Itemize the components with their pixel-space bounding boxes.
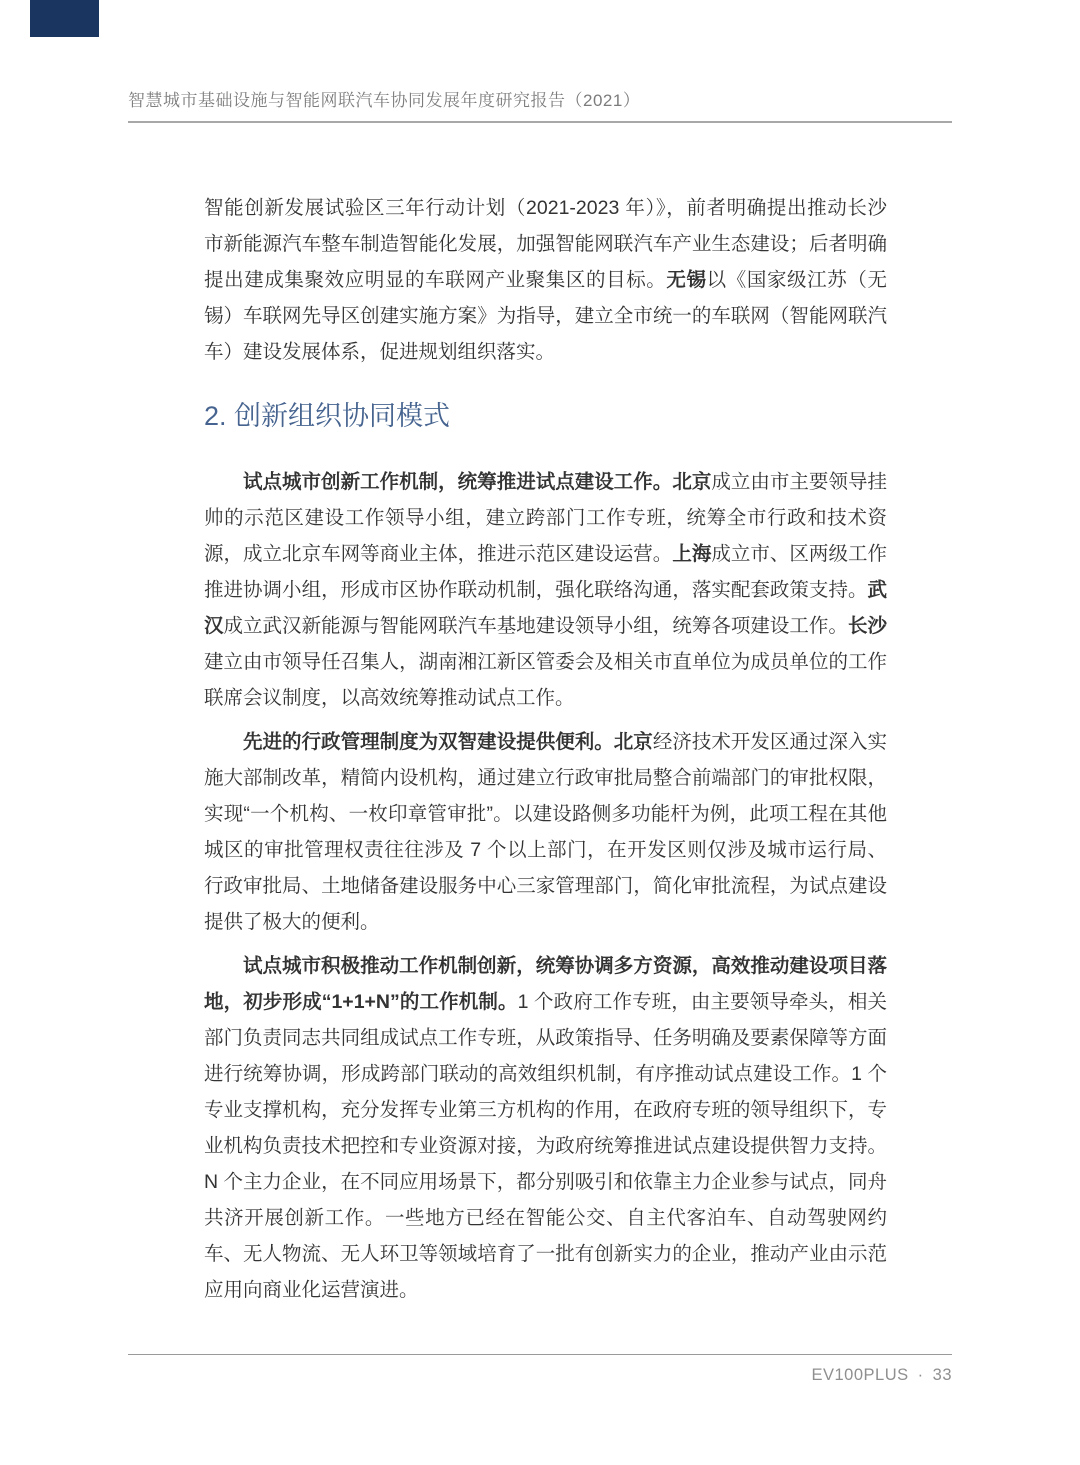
paragraph-admin-system: 先进的行政管理制度为双智建设提供便利。北京经济技术开发区通过深入实施大部制改革，…: [204, 724, 887, 940]
text-run: 先进的行政管理制度为双智建设提供便利。北京: [243, 731, 653, 753]
text-run: 成立武汉新能源与智能网联汽车基地建设领导小组，统筹各项建设工作。: [224, 615, 848, 637]
header-divider: [128, 121, 952, 123]
text-run: 无锡: [666, 269, 706, 291]
footer-brand: EV100PLUS: [811, 1366, 908, 1384]
paragraph-1-1-n-mechanism: 试点城市积极推动工作机制创新，统筹协调多方资源，高效推动建设项目落地，初步形成“…: [204, 948, 887, 1308]
footer-divider: [128, 1354, 952, 1355]
footer-page-number: 33: [933, 1366, 952, 1384]
paragraph-pilot-mechanism: 试点城市创新工作机制，统筹推进试点建设工作。北京成立由市主要领导挂帅的示范区建设…: [204, 464, 887, 716]
page-content: 智能创新发展试验区三年行动计划（2021-2023 年）》，前者明确提出推动长沙…: [204, 190, 887, 1316]
text-run: 1 个政府工作专班，由主要领导牵头，相关部门负责同志共同组成试点工作专班，从政策…: [204, 991, 887, 1301]
text-run: 长沙: [848, 615, 887, 637]
page-footer: EV100PLUS·33: [128, 1366, 952, 1385]
paragraph-continuation: 智能创新发展试验区三年行动计划（2021-2023 年）》，前者明确提出推动长沙…: [204, 190, 887, 370]
report-page: 智慧城市基础设施与智能网联汽车协同发展年度研究报告（2021） 智能创新发展试验…: [0, 0, 1080, 1465]
text-run: 试点城市创新工作机制，统筹推进试点建设工作。北京: [243, 471, 711, 493]
text-run: 经济技术开发区通过深入实施大部制改革，精简内设机构，通过建立行政审批局整合前端部…: [204, 731, 887, 933]
text-run: 上海: [672, 543, 711, 565]
header-title: 智慧城市基础设施与智能网联汽车协同发展年度研究报告（2021）: [128, 91, 640, 110]
footer-separator: ·: [918, 1366, 924, 1384]
text-run: 建立由市领导任召集人，湖南湘江新区管委会及相关市直单位为成员单位的工作联席会议制…: [204, 651, 887, 709]
page-header: 智慧城市基础设施与智能网联汽车协同发展年度研究报告（2021）: [128, 86, 952, 111]
corner-tab: [30, 0, 99, 37]
section-heading: 2. 创新组织协同模式: [204, 398, 887, 434]
